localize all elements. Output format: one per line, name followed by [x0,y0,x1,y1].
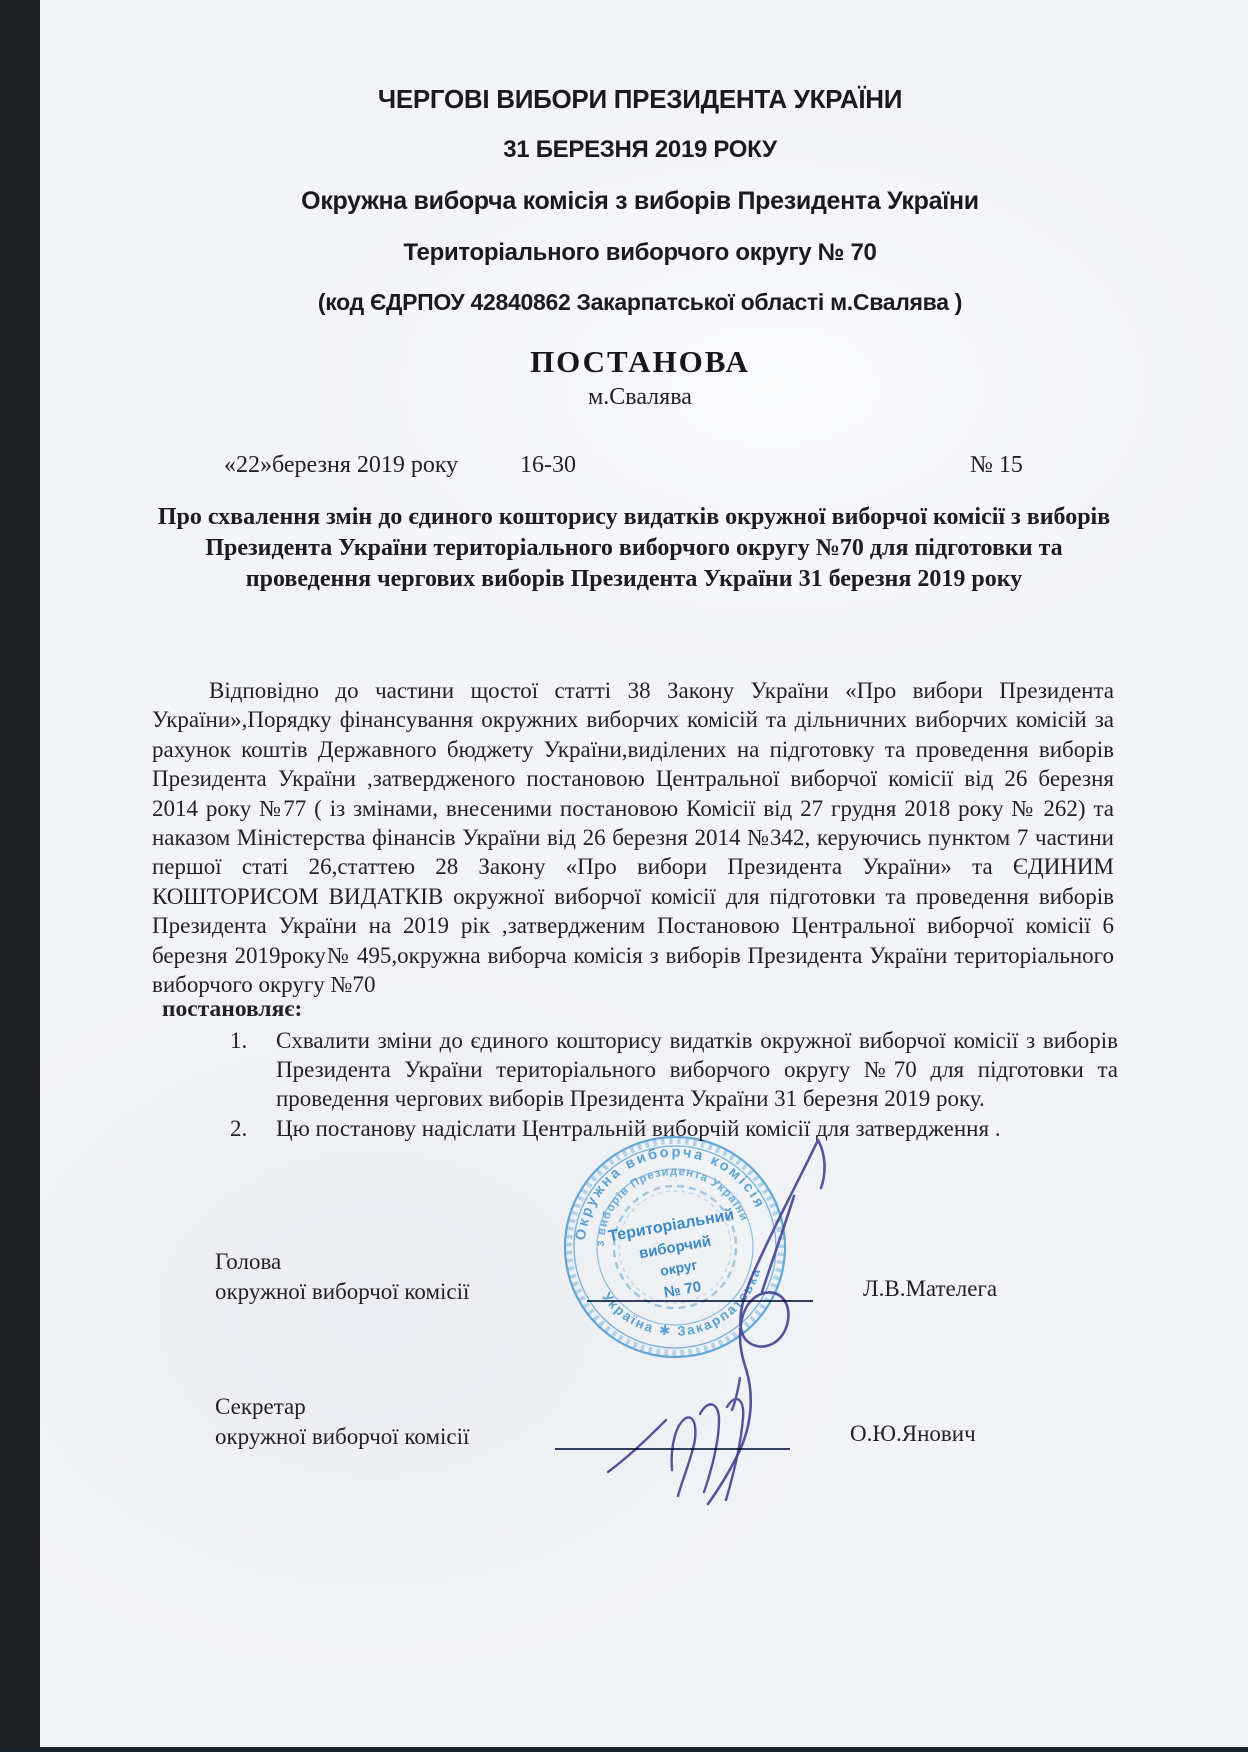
header-commission-name: Окружна виборча комісія з виборів Презид… [170,187,1110,216]
document-number: № 15 [970,452,1023,479]
resolution-body-paragraph: Відповідно до частини щостої статті 38 З… [152,676,1114,999]
signature-block-secretary: Секретар окружної виборчої комісії [215,1392,469,1452]
header-district-number: Територіального виборчого округу № 70 [170,239,1110,267]
header-election-title: ЧЕРГОВІ ВИБОРИ ПРЕЗИДЕНТА УКРАЇНИ [170,84,1110,115]
document-type-title: ПОСТАНОВА [170,344,1110,380]
official-stamp: Окружна виборча комісія з виборів Презид… [440,1078,940,1558]
stamp-center-line3: округ [659,1257,699,1279]
scanned-document-page: ЧЕРГОВІ ВИБОРИ ПРЕЗИДЕНТА УКРАЇНИ 31 БЕР… [0,0,1248,1752]
role-title: Секретар [215,1392,469,1422]
scan-edge-bottom [0,1747,1248,1752]
resolution-subject: Про схвалення змін до єдиного кошторису … [150,502,1118,595]
document-place: м.Свалява [170,384,1110,411]
signature-block-head: Голова окружної виборчої комісії [215,1247,469,1307]
document-time: 16-30 [520,452,576,479]
document-date: «22»березня 2019 року [224,452,458,479]
resolves-label: постановляє: [162,996,302,1023]
header-edrpou-code: (код ЄДРПОУ 42840862 Закарпатської облас… [170,289,1110,316]
stamp-center-line4: № 70 [663,1278,703,1301]
header-election-date: 31 БЕРЕЗНЯ 2019 РОКУ [170,136,1110,164]
scan-edge-left [0,0,40,1752]
role-title: Голова [215,1247,469,1277]
role-subtitle: окружної виборчої комісії [215,1422,469,1452]
role-subtitle: окружної виборчої комісії [215,1277,469,1307]
